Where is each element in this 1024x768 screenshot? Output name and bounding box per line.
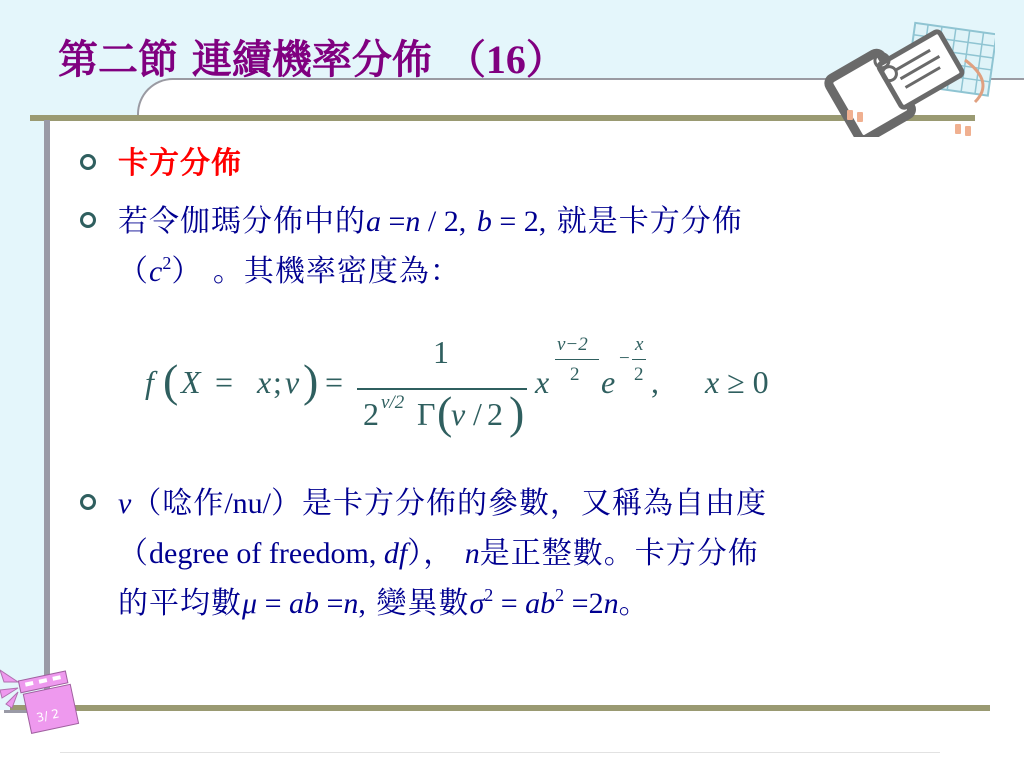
nu-pronunciation: /nu/ [224,487,271,520]
formula-x-base: x [535,364,549,401]
bullet-2-line-2: （c2） 。其機率密度為： [118,246,461,290]
math-b-exponent: 2 [555,585,564,605]
slide-title: 第二節 連續機率分佈 （16） [58,28,566,85]
math-ab: ab [289,587,319,620]
math-eq: = [319,587,343,620]
chi-square-pdf-formula: f ( X = x ; v ) = 1 2 ν/2 Γ ( ν / 2 ) x … [145,330,825,450]
math-eq: = [257,587,289,620]
left-rule [44,120,50,710]
math-sigma-exponent: 2 [484,585,493,605]
math-ab: ab [525,587,555,620]
formula-equals: = [325,364,343,401]
variance-label: 變異數 [366,586,470,621]
formula-x-exp-numerator: ν−2 [557,334,588,356]
formula-x-exp-denominator: 2 [570,364,580,386]
chi-square-text: 就是卡方分佈 [546,204,743,239]
math-mu: μ [242,587,257,620]
formula-X: X [181,364,201,401]
math-b-value: = 2, [492,205,546,238]
formula-den-nu: ν [451,396,465,433]
paren-close: ） [171,254,202,289]
formula-condition-x: x [705,364,719,401]
heading-text: 卡方分佈 [118,146,242,181]
notebook-calendar-icon [815,12,995,137]
slide-title-text: 第二節 連續機率分佈 [58,37,446,83]
positive-integer-text: 是正整數。卡方分佈 [480,536,759,571]
gamma-intro-text: 若令伽瑪分佈中的 [118,204,366,239]
formula-den-slash: / [473,396,482,433]
bullet-marker-2 [80,212,96,228]
clapperboard-icon: 3/ 2 [0,660,80,740]
formula-eq-1: = [207,364,241,401]
formula-condition: ≥ 0 [719,364,769,401]
formula-f: f [145,364,154,401]
formula-numerator: 1 [433,334,449,371]
math-chi-exponent: 2 [162,253,171,273]
footer-divider [60,752,940,753]
density-intro-text: 。其機率密度為： [202,254,461,289]
math-half: / 2, [420,205,466,238]
math-df: df [384,537,407,570]
bullet-3-line-1: v（唸作/nu/）是卡方分佈的參數，又稱為自由度 [118,478,767,522]
pronounce-text: （唸作 [131,486,224,521]
parameter-text: ）是卡方分佈的參數，又稱為自由度 [271,486,767,521]
spacer [466,204,477,239]
math-n: n [405,205,420,238]
bullet-marker-1 [80,154,96,170]
math-sigma: σ [469,587,484,620]
formula-x-exp-bar [555,359,599,360]
formula-e-exp-minus: − [619,348,630,370]
formula-gamma: Γ [417,396,436,433]
formula-den-base: 2 [363,396,379,433]
math-n: n [343,587,358,620]
bottom-rule [10,705,990,711]
bullet-2-line-1: 若令伽瑪分佈中的a =n / 2, b = 2, 就是卡方分佈 [118,196,743,240]
math-eq: = [493,587,525,620]
formula-den-exponent: ν/2 [381,392,404,414]
math-n: n [604,587,619,620]
math-eq: = [381,205,405,238]
math-eq-2: =2 [564,587,603,620]
left-margin-background [0,120,46,710]
comma: , [358,587,366,620]
math-nu: v [118,487,131,520]
formula-e: e [601,364,615,401]
math-n: n [465,537,480,570]
slide-title-number: （16） [446,37,566,82]
paren-close: ）， [407,536,465,571]
bullet-3-line-2: （degree of freedom, df）， n是正整數。卡方分佈 [118,528,759,572]
math-chi: c [149,255,162,288]
dof-english: degree of freedom, [149,537,384,570]
formula-v: v [285,364,299,401]
formula-paren-close: ) [303,354,318,407]
math-a: a [366,205,381,238]
formula-e-exp-numerator: x [635,334,643,356]
section-heading: 卡方分佈 [118,138,242,182]
paren-open: （ [118,254,149,289]
bullet-3-line-3: 的平均數μ = ab =n, 變異數σ2 = ab2 =2n。 [118,578,650,622]
paren-open: （ [118,536,149,571]
formula-x: x [257,364,271,401]
formula-comma: , [651,364,659,401]
formula-den-paren-close: ) [509,386,524,439]
formula-den-two: 2 [487,396,503,433]
math-b: b [477,205,492,238]
formula-e-exp-denominator: 2 [634,364,644,386]
period: 。 [619,586,650,621]
mean-label: 的平均數 [118,586,242,621]
formula-paren-open: ( [163,354,178,407]
formula-e-exp-bar [632,359,646,360]
formula-semicolon: ; [273,364,282,401]
bullet-marker-3 [80,494,96,510]
